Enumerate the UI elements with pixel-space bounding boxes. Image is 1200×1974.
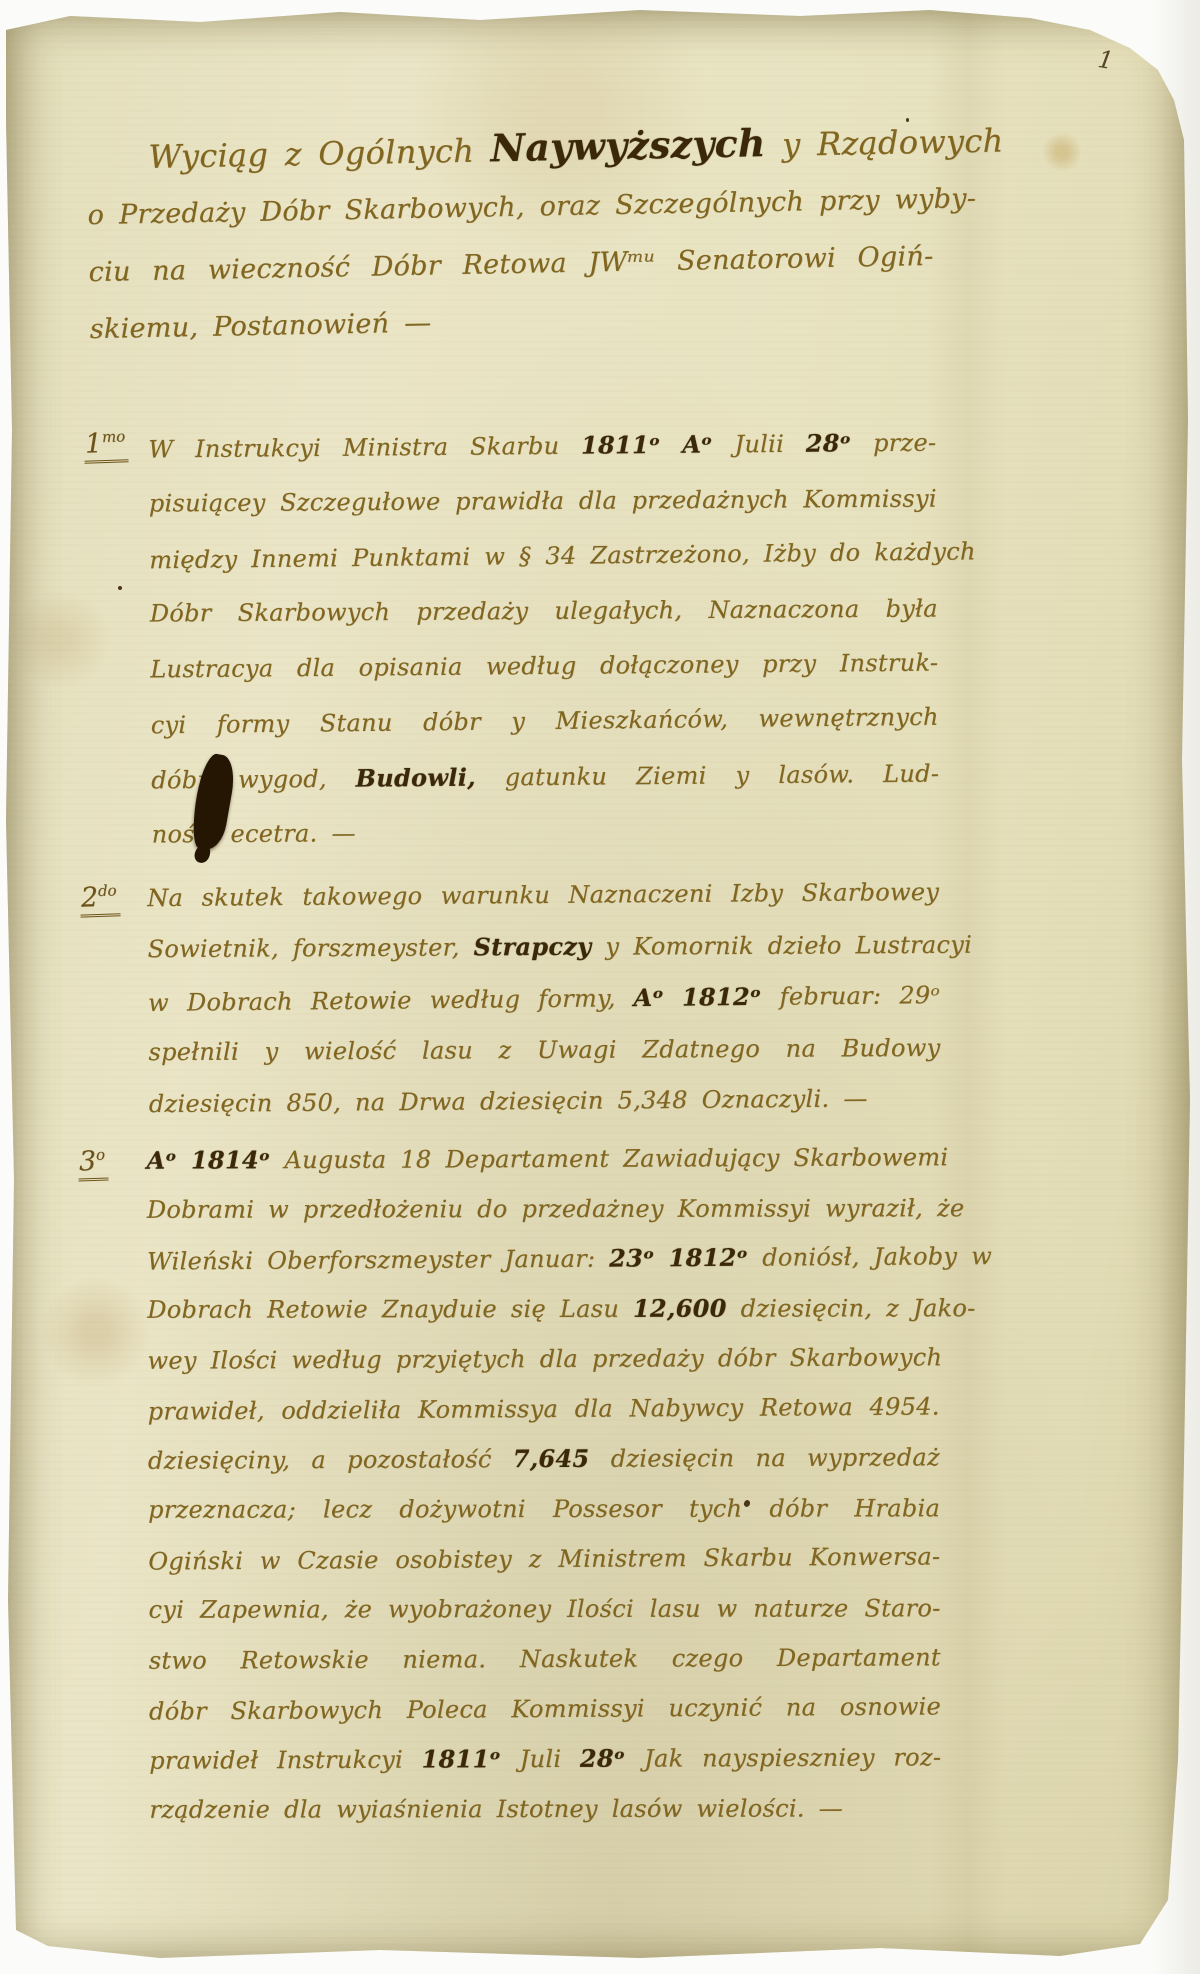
manuscript-line: dziesięciny, a pozostałość 7,645 dziesię… xyxy=(148,1432,940,1485)
paragraph-3: Aᵒ 1814ᵒ Augusta 18 Departament Zawiaduj… xyxy=(146,1132,941,1835)
manuscript-line: Wileński Oberforszmeyster Januar: 23ᵒ 18… xyxy=(147,1231,939,1286)
manuscript-line: dóbr Skarbowych Poleca Kommissyi uczynić… xyxy=(149,1681,941,1736)
marker-sup: o xyxy=(96,1146,106,1164)
paragraph-marker-3: 3o xyxy=(77,1145,108,1181)
manuscript-line: ności ecetra. — xyxy=(152,803,940,863)
manuscript-line: rządzenie dla wyiaśnienia Istotney lasów… xyxy=(149,1783,941,1835)
manuscript-page: 1 Wyciąg z Ogólnych Naywyższych y Rządow… xyxy=(0,0,1200,1974)
manuscript-line: Lustracya dla opisania według dołączoney… xyxy=(150,636,938,698)
manuscript-line: prawideł, oddzieliła Kommissya dla Nabyw… xyxy=(148,1381,940,1436)
paragraph-marker-1: 1mo xyxy=(83,427,129,464)
manuscript-line: prawideł Instrukcyi 1811ᵒ Juli 28ᵒ Jak n… xyxy=(149,1732,941,1785)
manuscript-line: dóbr wygod, Budowli, gatunku Ziemi y las… xyxy=(151,746,939,809)
title-block: Wyciąg z Ogólnych Naywyższych y Rządowyc… xyxy=(86,112,935,358)
manuscript-line: Ogiński w Czasie osobistey z Ministrem S… xyxy=(148,1531,940,1586)
scan-background: 1 Wyciąg z Ogólnych Naywyższych y Rządow… xyxy=(0,0,1200,1974)
manuscript-line: Dóbr Skarbowych przedaży ulegałych, Nazn… xyxy=(150,582,938,642)
manuscript-line: Aᵒ 1814ᵒ Augusta 18 Departament Zawiaduj… xyxy=(146,1132,938,1185)
manuscript-line: między Innemi Punktami w § 34 Zastrzeżon… xyxy=(149,525,938,589)
manuscript-line: W Instrukcyi Ministra Skarbu 1811ᵒ Aᵒ Ju… xyxy=(148,415,936,478)
manuscript-line: dziesięcin 850, na Drwa dziesięcin 5,348… xyxy=(149,1073,941,1130)
paragraph-marker-2: 2do xyxy=(79,881,120,917)
paragraph-1: W Instrukcyi Ministra Skarbu 1811ᵒ Aᵒ Ju… xyxy=(148,415,940,864)
manuscript-line: spełnili y wielość lasu z Uwagi Zdatnego… xyxy=(148,1023,940,1078)
marker-base: 3 xyxy=(78,1146,96,1178)
manuscript-line: stwo Retowskie niema. Naskutek czego Dep… xyxy=(149,1632,941,1685)
page-number: 1 xyxy=(1096,45,1115,75)
ink-speck xyxy=(118,586,122,590)
manuscript-line: cyi Zapewnia, że wyobrażoney Ilości lasu… xyxy=(148,1583,940,1635)
marker-sup: do xyxy=(98,881,117,900)
ink-speck xyxy=(906,118,909,122)
manuscript-line: cyi formy Stanu dóbr y Mieszkańców, wewn… xyxy=(150,690,939,754)
marker-sup: mo xyxy=(102,427,126,446)
manuscript-line: przeznacza; lecz dożywotni Possesor tych… xyxy=(148,1483,940,1535)
paragraph-2: Na skutek takowego warunku Naznaczeni Iz… xyxy=(147,867,941,1130)
manuscript-line: Dobrach Retowie Znayduie się Lasu 12,600… xyxy=(147,1283,939,1335)
manuscript-line: pisuiącey Szczegułowe prawidła dla przed… xyxy=(149,472,937,532)
marker-base: 1 xyxy=(84,428,102,460)
manuscript-line: Na skutek takowego warunku Naznaczeni Iz… xyxy=(147,867,939,924)
manuscript-line: Dobrami w przedłożeniu do przedażney Kom… xyxy=(147,1183,939,1235)
manuscript-line: Sowietnik, forszmeyster, Strapczy y Komo… xyxy=(147,919,939,975)
manuscript-line: wey Ilości według przyiętych dla przedaż… xyxy=(147,1332,939,1385)
manuscript-line: w Dobrach Retowie według formy, Aᵒ 1812ᵒ… xyxy=(148,969,940,1029)
marker-base: 2 xyxy=(80,882,98,914)
